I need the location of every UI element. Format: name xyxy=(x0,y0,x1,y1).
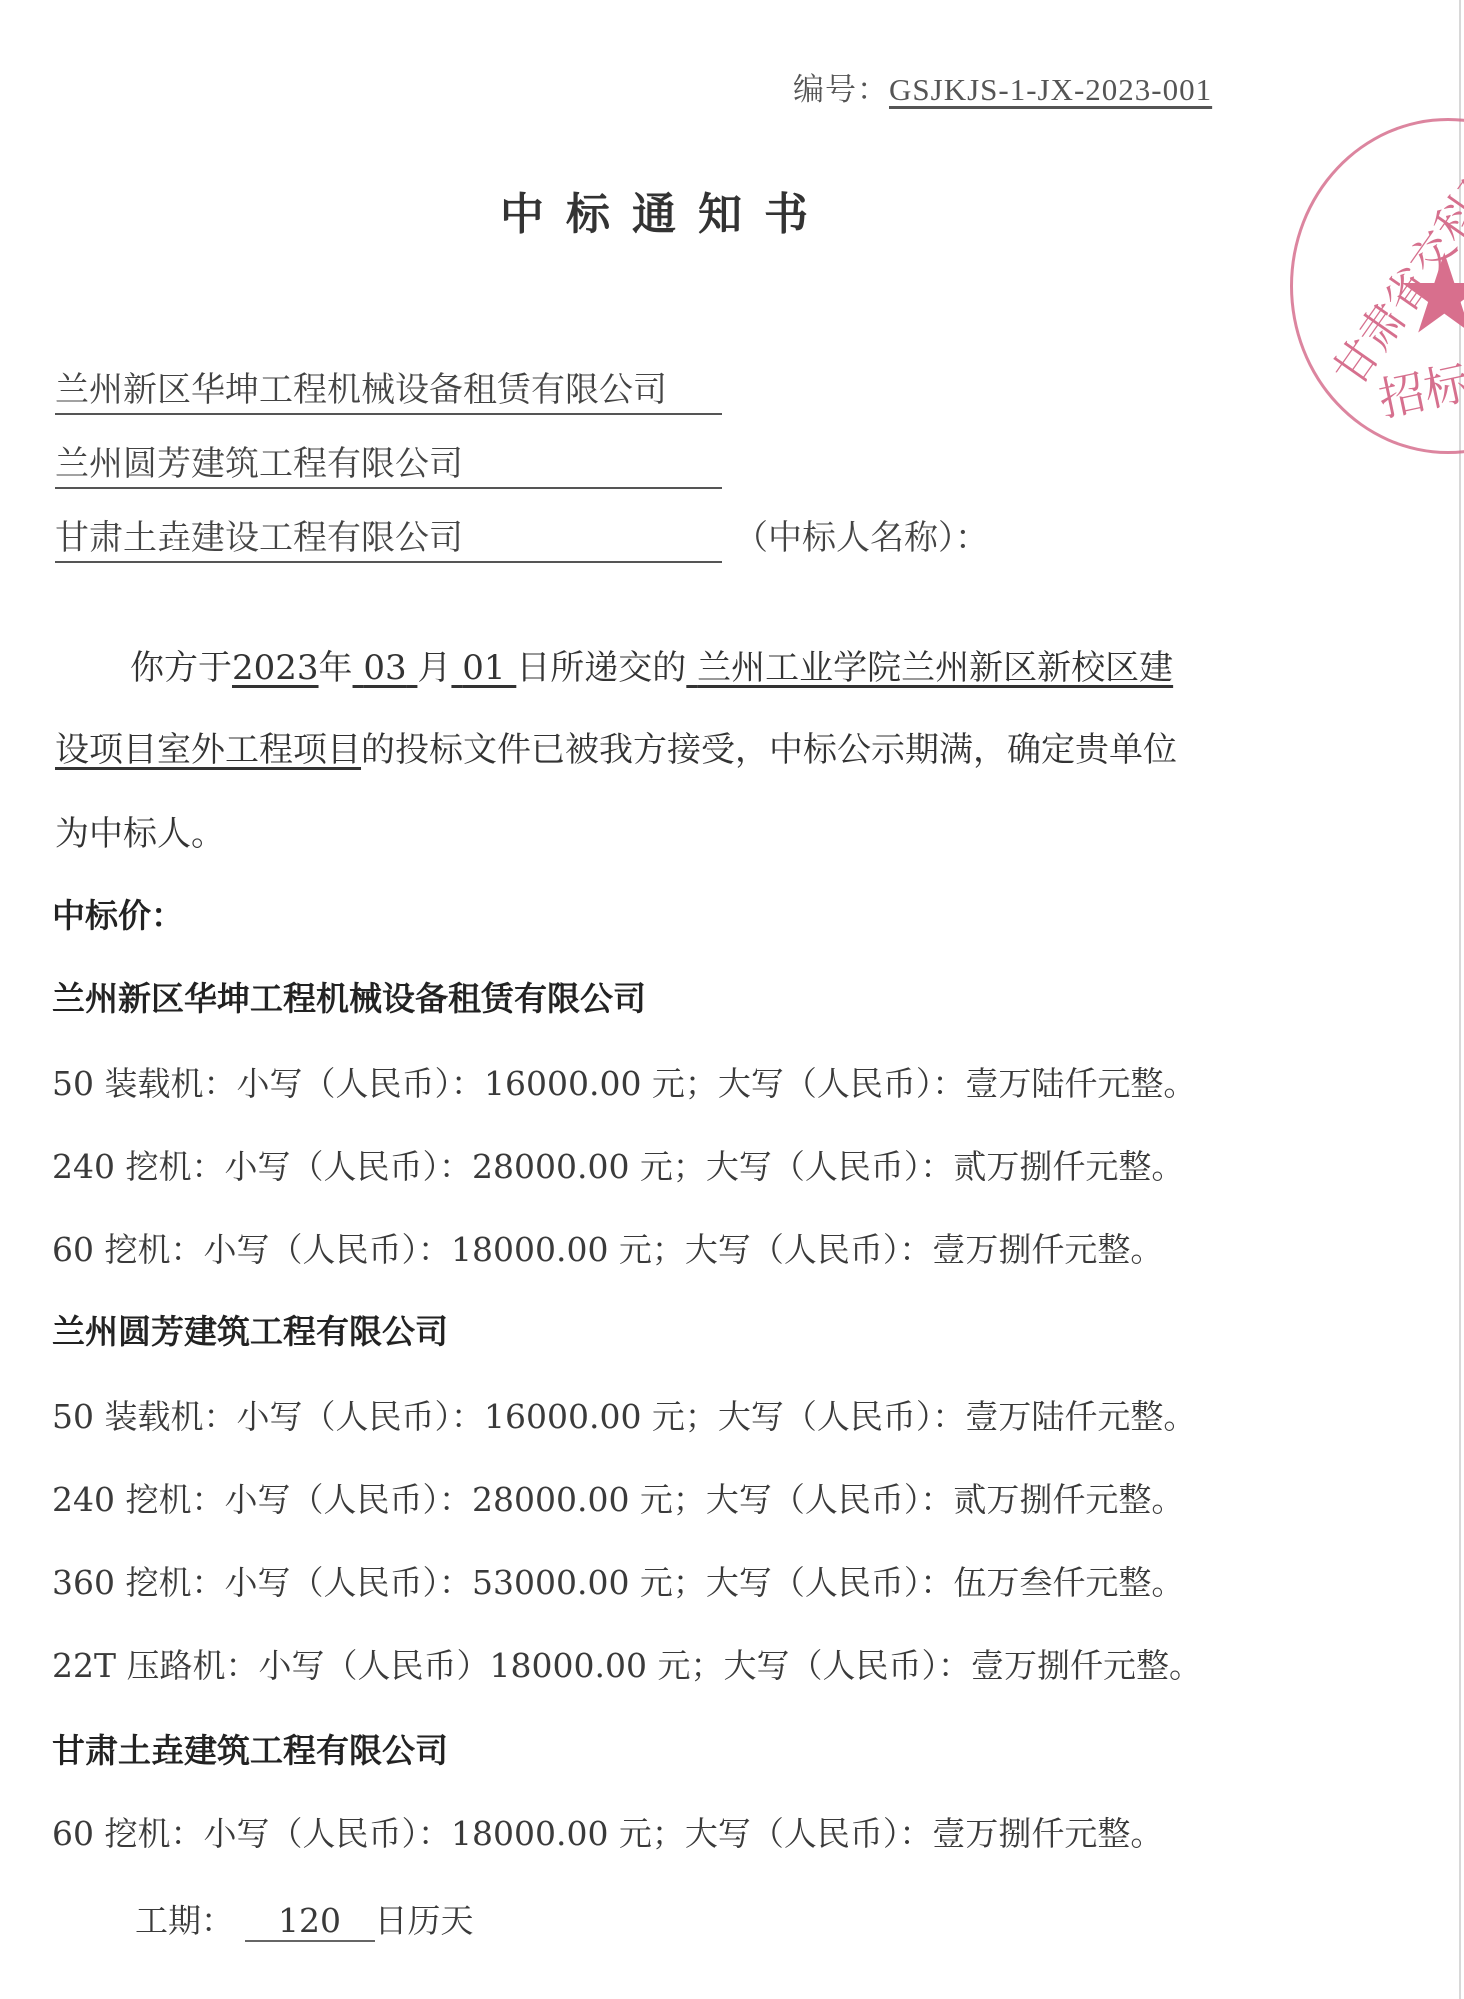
submission-year: 2023 xyxy=(232,648,319,688)
winner-name: 兰州新区华坤工程机械设备租赁有限公司 xyxy=(52,973,646,1020)
price-item: 60 挖机：小写（人民币）：18000.00 元；大写（人民币）：壹万捌仟元整。 xyxy=(52,1808,1163,1855)
day-unit: 日所递交的 xyxy=(516,648,686,688)
body-text: 的投标文件已被我方接受，中标公示期满，确定贵单位 xyxy=(361,730,1177,770)
winner-name: 甘肃土垚建筑工程有限公司 xyxy=(52,1725,448,1772)
period-unit: 日历天 xyxy=(375,1901,474,1940)
star-icon: ★ xyxy=(1395,230,1464,358)
addressee-suffix: （中标人名称）： xyxy=(734,518,989,558)
year-unit: 年 xyxy=(319,648,353,688)
document-number-value: GSJKJS-1-JX-2023-001 xyxy=(889,72,1212,107)
document-number: 编号：GSJKJS-1-JX-2023-001 xyxy=(793,64,1212,109)
body-prefix: 你方于 xyxy=(130,648,232,688)
price-item: 240 挖机：小写（人民币）：28000.00 元；大写（人民币）：贰万捌仟元整… xyxy=(52,1141,1184,1188)
addressee-name: 兰州圆芳建筑工程有限公司 xyxy=(55,436,722,489)
month-unit: 月 xyxy=(417,648,451,688)
price-item: 50 装载机：小写（人民币）：16000.00 元；大写（人民币）：壹万陆仟元整… xyxy=(52,1391,1196,1438)
price-item: 360 挖机：小写（人民币）：53000.00 元；大写（人民币）：伍万叁仟元整… xyxy=(52,1557,1184,1604)
submission-month: 03 xyxy=(353,648,418,688)
addressee-3: 甘肃土垚建设工程有限公司（中标人名称）： xyxy=(55,510,989,560)
project-name-part1: 兰州工业学院兰州新区新校区建 xyxy=(686,648,1173,688)
page-title: 中标通知书 xyxy=(500,178,830,242)
addressee-2: 兰州圆芳建筑工程有限公司 xyxy=(55,436,722,486)
addressee-name: 甘肃土垚建设工程有限公司 xyxy=(55,510,722,563)
price-item: 240 挖机：小写（人民币）：28000.00 元；大写（人民币）：贰万捌仟元整… xyxy=(52,1474,1184,1521)
period-value: 120 xyxy=(245,1901,375,1942)
submission-day: 01 xyxy=(451,648,516,688)
body-line-3: 为中标人。 xyxy=(55,806,1285,855)
price-item: 50 装载机：小写（人民币）：16000.00 元；大写（人民币）：壹万陆仟元整… xyxy=(52,1058,1196,1105)
price-item: 22T 压路机：小写（人民币）18000.00 元；大写（人民币）：壹万捌仟元整… xyxy=(52,1640,1202,1687)
body-line-1: 你方于2023年 03 月 01 日所递交的 兰州工业学院兰州新区新校区建 xyxy=(130,640,1360,689)
construction-period: 工期： 120日历天 xyxy=(135,1895,474,1942)
addressee-name: 兰州新区华坤工程机械设备租赁有限公司 xyxy=(55,362,722,415)
addressee-1: 兰州新区华坤工程机械设备租赁有限公司 xyxy=(55,362,722,412)
project-name-part2: 设项目室外工程项目 xyxy=(55,730,361,770)
price-heading: 中标价： xyxy=(52,890,184,937)
body-text: 为中标人。 xyxy=(55,814,225,854)
period-label: 工期： xyxy=(135,1901,234,1940)
document-number-label: 编号： xyxy=(793,72,889,108)
price-item: 60 挖机：小写（人民币）：18000.00 元；大写（人民币）：壹万捌仟元整。 xyxy=(52,1224,1163,1271)
winner-name: 兰州圆芳建筑工程有限公司 xyxy=(52,1306,448,1353)
body-line-2: 设项目室外工程项目的投标文件已被我方接受，中标公示期满，确定贵单位 xyxy=(55,722,1285,771)
